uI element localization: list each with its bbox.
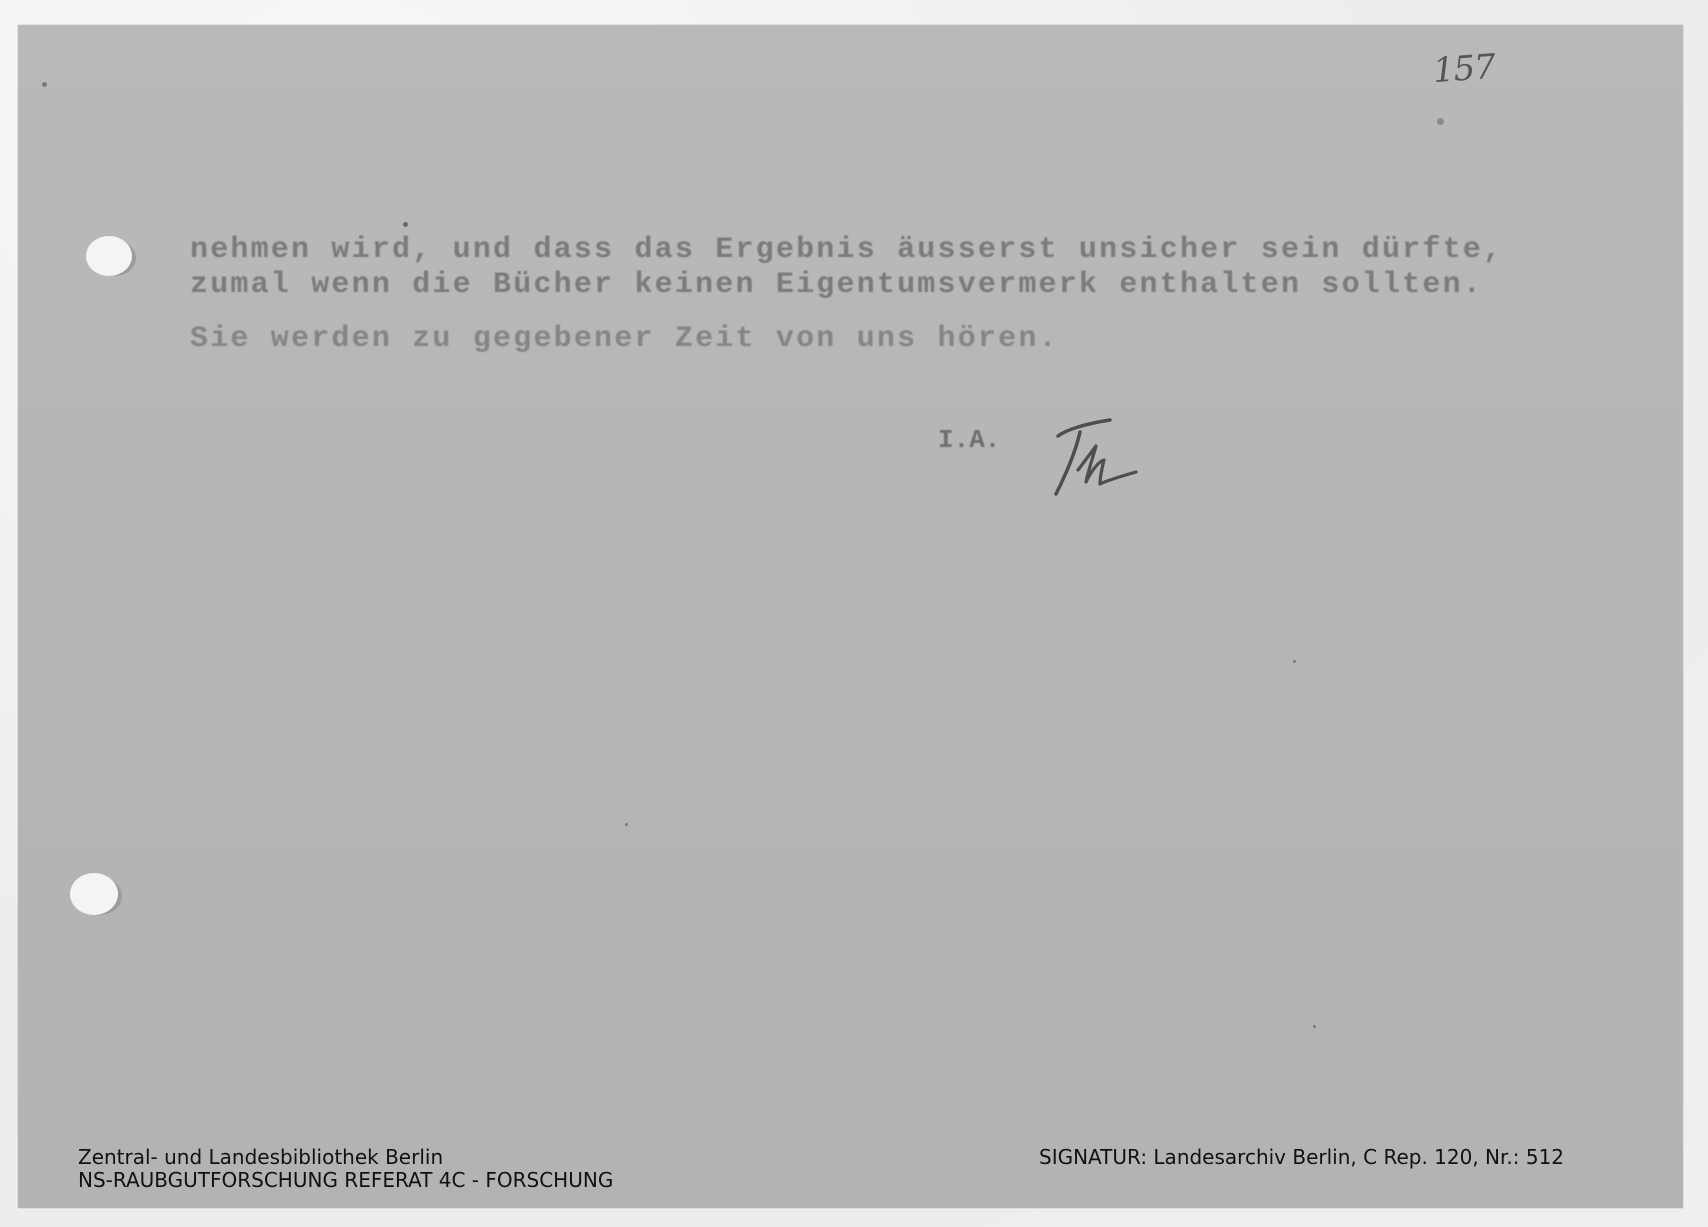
body-line-2: zumal wenn die Bücher keinen Eigentumsve… xyxy=(190,268,1483,302)
paper-speck xyxy=(1293,660,1296,663)
paper-speck xyxy=(403,222,408,227)
paper-speck xyxy=(42,82,47,87)
punch-hole-top xyxy=(86,236,132,276)
handwritten-signature-icon xyxy=(1052,410,1142,506)
footer-signatur-text: SIGNATUR: Landesarchiv Berlin, C Rep. 12… xyxy=(1039,1146,1564,1169)
footer-signatur: SIGNATUR: Landesarchiv Berlin, C Rep. 12… xyxy=(1039,1146,1564,1169)
body-line-3: Sie werden zu gegebener Zeit von uns hör… xyxy=(190,322,1059,356)
paper-speck xyxy=(1437,118,1444,125)
closing-ia: I.A. xyxy=(938,425,1000,455)
folio-number: 157 xyxy=(1432,47,1497,91)
footer-provenance: Zentral- und Landesbibliothek Berlin NS-… xyxy=(78,1146,613,1192)
body-line-1: nehmen wird, und dass das Ergebnis äusse… xyxy=(190,233,1503,267)
paper-speck xyxy=(625,823,628,826)
paper-speck xyxy=(1313,1025,1316,1028)
footer-institution: Zentral- und Landesbibliothek Berlin xyxy=(78,1146,613,1169)
footer-department: NS-RAUBGUTFORSCHUNG REFERAT 4C - FORSCHU… xyxy=(78,1169,613,1192)
document-page xyxy=(18,25,1683,1208)
punch-hole-bottom xyxy=(70,873,118,915)
